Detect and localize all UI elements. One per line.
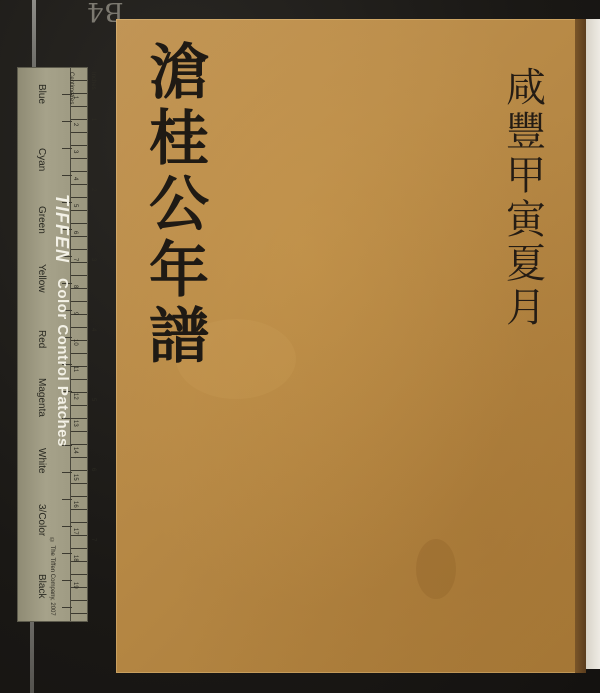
date-char: 甲 bbox=[506, 154, 546, 198]
cm-tick: 7 bbox=[72, 258, 78, 261]
patch-label-black: Black bbox=[36, 574, 47, 598]
tiffen-logo: TIFFEN bbox=[52, 194, 72, 263]
title-char: 譜 bbox=[149, 304, 209, 370]
copyright-text: © The Tiffen Company, 2007 bbox=[49, 538, 55, 616]
patch-label-green: Green bbox=[36, 206, 47, 234]
cm-tick: 1 bbox=[72, 96, 78, 99]
inch-tick: 3 bbox=[90, 258, 96, 261]
cm-tick: 6 bbox=[72, 231, 78, 234]
inch-tick: 4 bbox=[90, 328, 96, 331]
date-char: 夏 bbox=[506, 242, 546, 286]
cm-tick: 4 bbox=[72, 177, 78, 180]
cm-tick: 19 bbox=[72, 582, 78, 589]
cm-tick: 8 bbox=[72, 285, 78, 288]
cm-tick: 5 bbox=[72, 204, 78, 207]
cm-tick: 16 bbox=[72, 501, 78, 508]
reflection-line bbox=[32, 0, 36, 68]
title-char: 滄 bbox=[149, 40, 209, 106]
product-name: Color Control Patches bbox=[54, 278, 71, 447]
cm-tick: 14 bbox=[72, 447, 78, 454]
page-edges bbox=[586, 19, 600, 669]
title-char: 公 bbox=[149, 172, 209, 238]
paper-stain bbox=[416, 539, 456, 599]
cm-tick: 18 bbox=[72, 555, 78, 562]
patch-label-white: White bbox=[36, 448, 47, 474]
cover-spine-edge bbox=[575, 19, 586, 673]
cm-tick: 10 bbox=[72, 339, 78, 346]
patch-label-cyan: Cyan bbox=[36, 148, 47, 171]
date-char: 咸 bbox=[506, 66, 546, 110]
patch-label-yellow: Yellow bbox=[36, 264, 47, 293]
inch-tick: 5 bbox=[90, 398, 96, 401]
cm-tick: 11 bbox=[72, 366, 78, 372]
brand-block: TIFFEN Color Control Patches bbox=[51, 194, 72, 447]
unit-cm-label: Centimetres bbox=[68, 72, 74, 104]
date-inscription: 咸 豐 甲 寅 夏 月 bbox=[500, 66, 552, 330]
date-char: 豐 bbox=[506, 110, 546, 154]
patch-label-magenta: Magenta bbox=[36, 378, 47, 417]
cm-tick: 2 bbox=[72, 123, 78, 126]
color-control-ruler: Centimetres Inches TIFFEN Color Control … bbox=[18, 68, 87, 621]
cm-tick: 12 bbox=[72, 393, 78, 400]
reflection-line-bottom bbox=[30, 620, 34, 693]
title-char: 年 bbox=[149, 238, 209, 304]
cm-tick: 17 bbox=[72, 528, 78, 535]
date-char: 寅 bbox=[506, 198, 546, 242]
patch-label-red: Red bbox=[36, 330, 47, 348]
patch-label-3color: 3/Color bbox=[36, 504, 47, 536]
book-title: 滄 桂 公 年 譜 bbox=[143, 40, 215, 370]
date-char: 月 bbox=[506, 286, 546, 330]
cm-tick: 15 bbox=[72, 474, 78, 481]
patch-label-blue: Blue bbox=[36, 84, 47, 104]
inch-tick: 1 bbox=[90, 118, 96, 121]
inch-tick: 2 bbox=[90, 188, 96, 191]
cm-tick: 13 bbox=[72, 420, 78, 427]
cm-tick: 9 bbox=[72, 312, 78, 315]
inch-tick: 6 bbox=[90, 468, 96, 471]
cm-tick: 3 bbox=[72, 150, 78, 153]
inch-tick: 7 bbox=[90, 538, 96, 541]
unit-in-label: Inches bbox=[90, 72, 96, 90]
title-char: 桂 bbox=[149, 106, 209, 172]
